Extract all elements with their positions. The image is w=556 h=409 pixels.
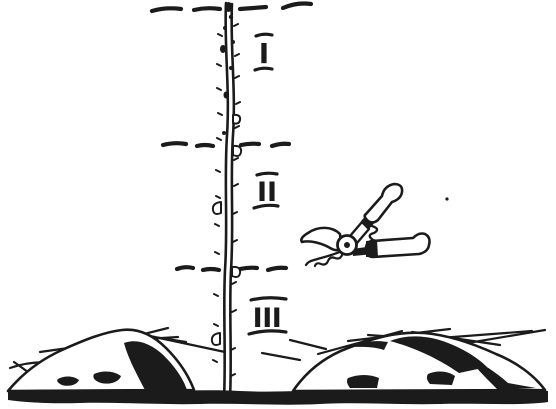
shears-blade — [301, 228, 341, 250]
level-1-top-bar — [256, 34, 272, 36]
level-2-label: II — [257, 177, 277, 208]
plant-stem — [212, 2, 241, 399]
soil-mound-right — [262, 329, 545, 391]
ground-line — [8, 390, 548, 405]
shears-upper-handle — [365, 184, 402, 223]
stem-left-edge — [224, 3, 228, 399]
level-3-label: III — [253, 303, 282, 334]
shears-pivot-hole — [344, 242, 350, 248]
level-2-label-group: II — [254, 173, 278, 208]
shears-lower-ferrule — [366, 240, 378, 257]
level-2-top-bar — [257, 173, 277, 175]
stem-right-edge — [230, 4, 234, 399]
soil-mound-left — [8, 328, 225, 391]
level-1-label: I — [259, 37, 269, 70]
pruning-diagram-figure: I II III — [0, 0, 556, 409]
pruning-shears-icon — [301, 184, 448, 266]
level-1-label-group: I — [255, 34, 272, 70]
level-3-top-bar — [251, 298, 286, 300]
pruning-diagram: I II III — [0, 0, 556, 409]
level-3-label-group: III — [249, 298, 286, 334]
ink-speck — [445, 197, 448, 200]
